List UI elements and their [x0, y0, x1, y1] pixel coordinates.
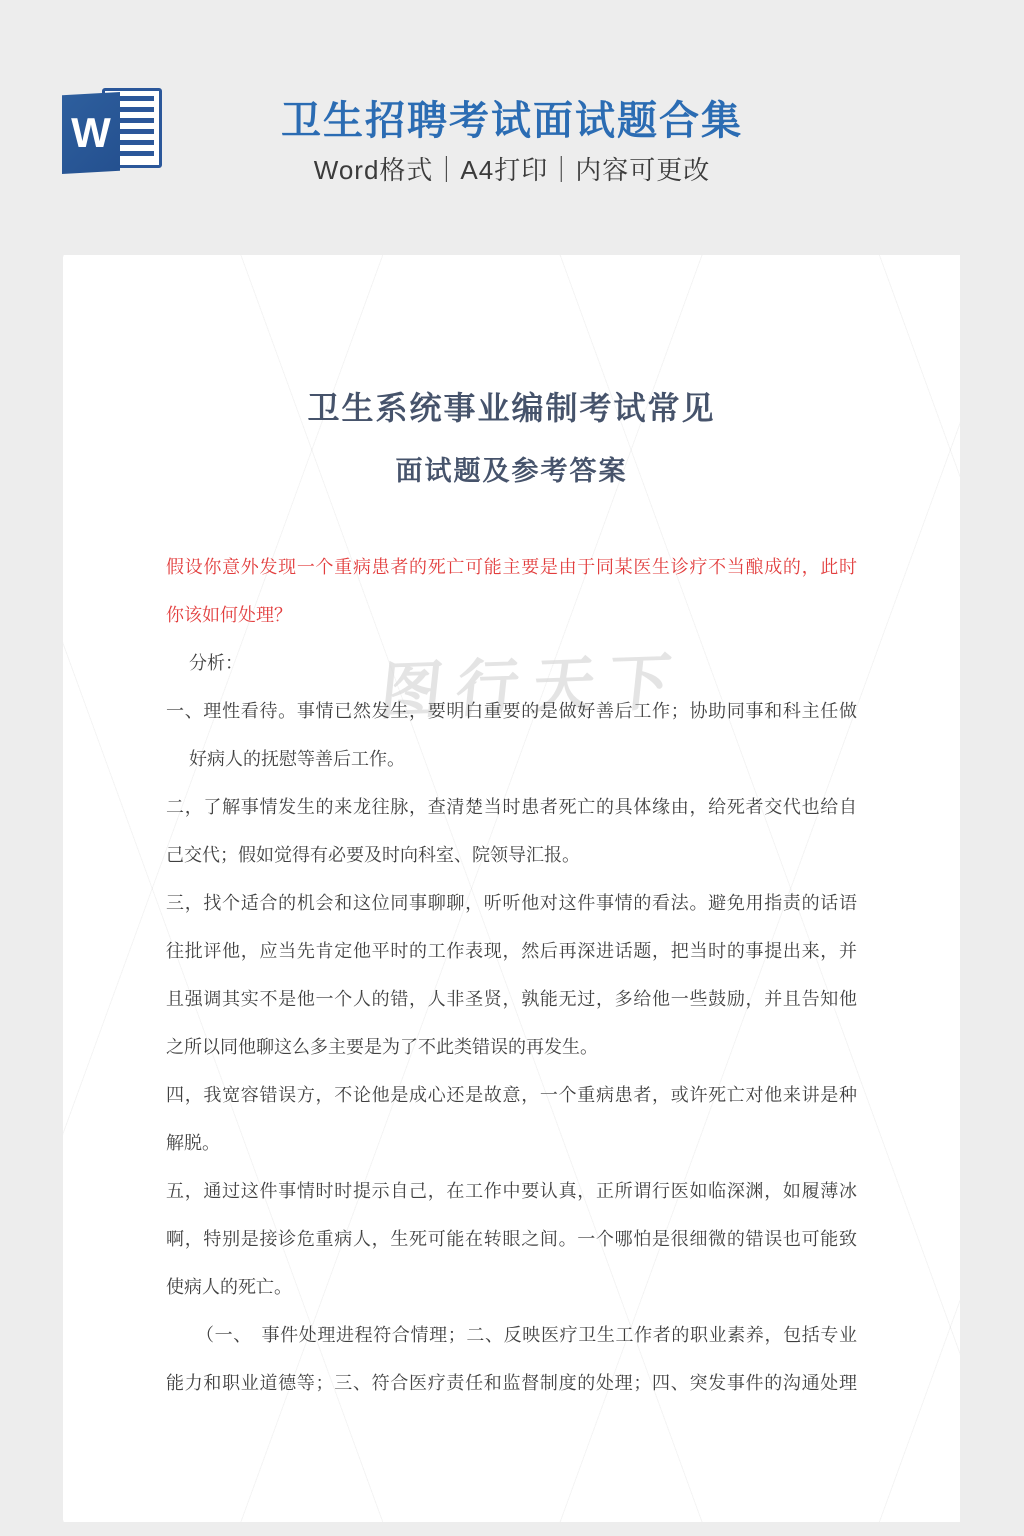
document-content: 卫生系统事业编制考试常见 面试题及参考答案 假设你意外发现一个重病患者的死亡可能… — [63, 255, 960, 1407]
document-line: 之所以同他聊这么多主要是为了不此类错误的再发生。 — [166, 1023, 857, 1071]
document-line: 且强调其实不是他一个人的错，人非圣贤，孰能无过，多给他一些鼓励，并且告知他 — [166, 975, 857, 1023]
document-line: 假设你意外发现一个重病患者的死亡可能主要是由于同某医生诊疗不当酿成的，此时 — [166, 543, 857, 591]
word-icon-w-panel: W — [62, 92, 120, 174]
document-line: 五，通过这件事情时时提示自己，在工作中要认真，正所谓行医如临深渊，如履薄冰 — [166, 1167, 857, 1215]
header: W 卫生招聘考试面试题合集 Word格式｜A4打印｜内容可更改 — [0, 0, 1024, 255]
word-icon-letter: W — [71, 109, 111, 157]
document-line: 啊，特别是接诊危重病人，生死可能在转眼之间。一个哪怕是很细微的错误也可能致 — [166, 1215, 857, 1263]
document-line: 一、理性看待。事情已然发生，要明白重要的是做好善后工作；协助同事和科主任做 — [166, 687, 857, 735]
document-line: 二，了解事情发生的来龙往脉，查清楚当时患者死亡的具体缘由，给死者交代也给自 — [166, 783, 857, 831]
document-page: 图行天下 卫生系统事业编制考试常见 面试题及参考答案 假设你意外发现一个重病患者… — [63, 255, 960, 1522]
document-line: 好病人的抚慰等善后工作。 — [166, 735, 857, 783]
document-line: 己交代；假如觉得有必要及时向科室、院领导汇报。 — [166, 831, 857, 879]
word-icon-text-lines — [114, 96, 154, 160]
document-line: 分析： — [166, 639, 857, 687]
document-line: 四，我宽容错误方，不论他是成心还是故意，一个重病患者，或许死亡对他来讲是种 — [166, 1071, 857, 1119]
document-line: 解脱。 — [166, 1119, 857, 1167]
document-line: （一、 事件处理进程符合情理；二、反映医疗卫生工作者的职业素养，包括专业 — [166, 1311, 857, 1359]
page-background: W 卫生招聘考试面试题合集 Word格式｜A4打印｜内容可更改 图行天下 卫生系… — [0, 0, 1024, 1536]
word-icon: W — [62, 88, 164, 174]
document-body: 假设你意外发现一个重病患者的死亡可能主要是由于同某医生诊疗不当酿成的，此时你该如… — [166, 543, 857, 1407]
document-title-line1: 卫生系统事业编制考试常见 — [166, 255, 857, 431]
document-line: 能力和职业道德等；三、符合医疗责任和监督制度的处理；四、突发事件的沟通处理 — [166, 1359, 857, 1407]
document-line: 使病人的死亡。 — [166, 1263, 857, 1311]
document-line: 你该如何处理？ — [166, 591, 857, 639]
document-line: 往批评他，应当先肯定他平时的工作表现，然后再深进话题，把当时的事提出来，并 — [166, 927, 857, 975]
document-line: 三，找个适合的机会和这位同事聊聊，听听他对这件事情的看法。避免用指责的话语 — [166, 879, 857, 927]
document-title-line2: 面试题及参考答案 — [166, 451, 857, 491]
